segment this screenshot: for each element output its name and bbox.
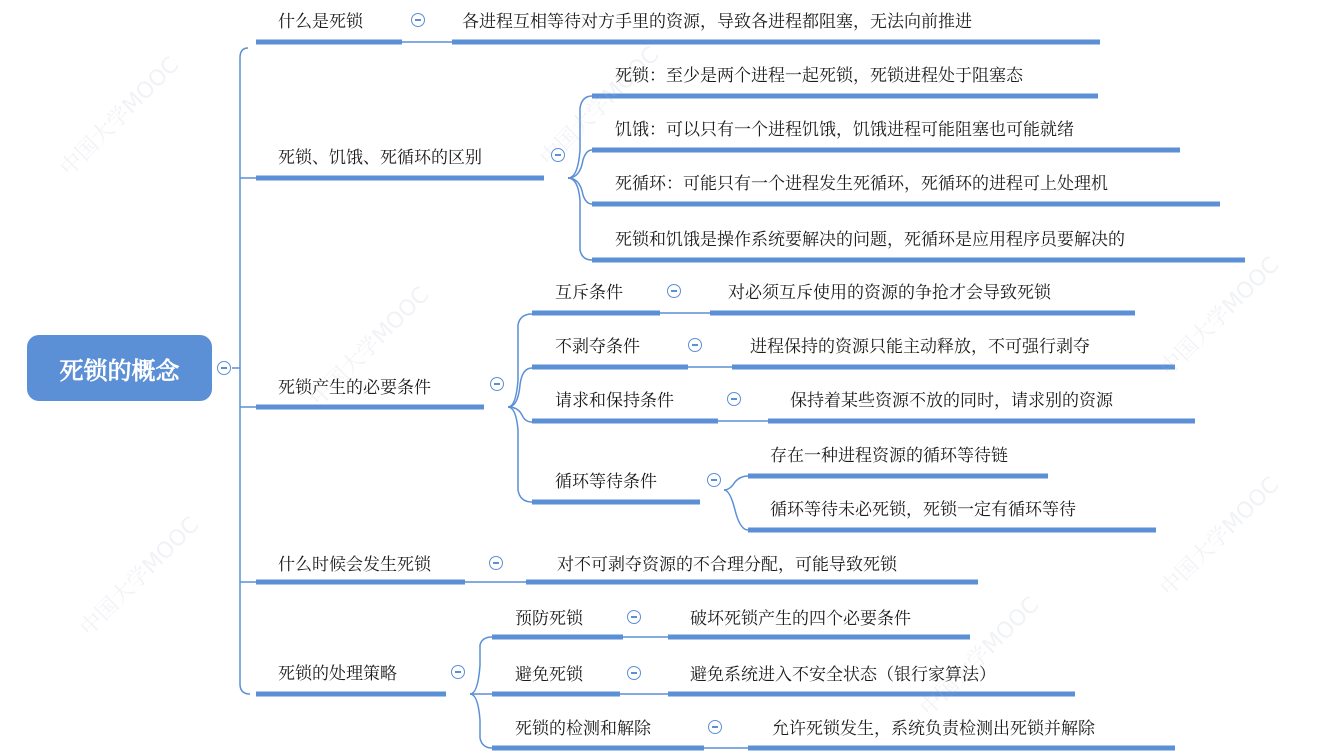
diff-starvation[interactable]: 饥饿：可以只有一个进程饥饿，饥饿进程可能阻塞也可能就绪 — [615, 120, 1074, 140]
branch-differences[interactable]: 死锁、饥饿、死循环的区别 — [278, 148, 482, 168]
collapse-toggle-icon[interactable] — [667, 284, 681, 298]
condition-circular-wait[interactable]: 循环等待条件 — [555, 472, 657, 492]
condition-detail[interactable]: 保持着某些资源不放的同时，请求别的资源 — [790, 391, 1113, 411]
collapse-toggle-icon[interactable] — [490, 377, 504, 391]
condition-detail[interactable]: 对必须互斥使用的资源的争抢才会导致死锁 — [728, 283, 1051, 303]
strategy-detail[interactable]: 避免系统进入不安全状态（银行家算法） — [690, 665, 996, 685]
condition-mutual-exclusion[interactable]: 互斥条件 — [555, 283, 623, 303]
strategy-prevention[interactable]: 预防死锁 — [515, 609, 583, 629]
root-node[interactable]: 死锁的概念 — [27, 335, 212, 401]
strategy-avoidance[interactable]: 避免死锁 — [515, 665, 583, 685]
root-label: 死锁的概念 — [60, 351, 180, 386]
collapse-toggle-icon[interactable] — [627, 666, 641, 680]
definition-node[interactable]: 各进程互相等待对方手里的资源，导致各进程都阻塞，无法向前推进 — [462, 12, 972, 32]
diff-infinite-loop[interactable]: 死循环：可能只有一个进程发生死循环，死循环的进程可上处理机 — [615, 174, 1108, 194]
collapse-toggle-icon[interactable] — [551, 148, 565, 162]
collapse-toggle-icon[interactable] — [217, 361, 231, 375]
collapse-toggle-icon[interactable] — [708, 720, 722, 734]
branch-what-is-deadlock[interactable]: 什么是死锁 — [278, 12, 363, 32]
collapse-toggle-icon[interactable] — [707, 473, 721, 487]
collapse-toggle-icon[interactable] — [727, 392, 741, 406]
strategy-detection-recovery[interactable]: 死锁的检测和解除 — [515, 719, 651, 739]
branch-necessary-conditions[interactable]: 死锁产生的必要条件 — [278, 378, 431, 398]
condition-no-preemption[interactable]: 不剥夺条件 — [555, 337, 640, 357]
occurrence-detail[interactable]: 对不可剥夺资源的不合理分配，可能导致死锁 — [557, 555, 897, 575]
diff-deadlock[interactable]: 死锁：至少是两个进程一起死锁，死锁进程处于阻塞态 — [615, 66, 1023, 86]
circular-wait-detail[interactable]: 循环等待未必死锁，死锁一定有循环等待 — [770, 500, 1076, 520]
collapse-toggle-icon[interactable] — [627, 610, 641, 624]
condition-detail[interactable]: 进程保持的资源只能主动释放，不可强行剥夺 — [750, 337, 1090, 357]
collapse-toggle-icon[interactable] — [451, 665, 465, 679]
strategy-detail[interactable]: 允许死锁发生，系统负责检测出死锁并解除 — [772, 719, 1095, 739]
branch-handling-strategies[interactable]: 死锁的处理策略 — [278, 664, 397, 684]
branch-when-deadlock-occurs[interactable]: 什么时候会发生死锁 — [278, 555, 431, 575]
condition-hold-and-wait[interactable]: 请求和保持条件 — [555, 391, 674, 411]
diff-responsibility[interactable]: 死锁和饥饿是操作系统要解决的问题，死循环是应用程序员要解决的 — [615, 230, 1125, 250]
collapse-toggle-icon[interactable] — [688, 338, 702, 352]
circular-wait-detail[interactable]: 存在一种进程资源的循环等待链 — [770, 446, 1008, 466]
strategy-detail[interactable]: 破坏死锁产生的四个必要条件 — [690, 609, 911, 629]
collapse-toggle-icon[interactable] — [411, 13, 425, 27]
collapse-toggle-icon[interactable] — [489, 556, 503, 570]
